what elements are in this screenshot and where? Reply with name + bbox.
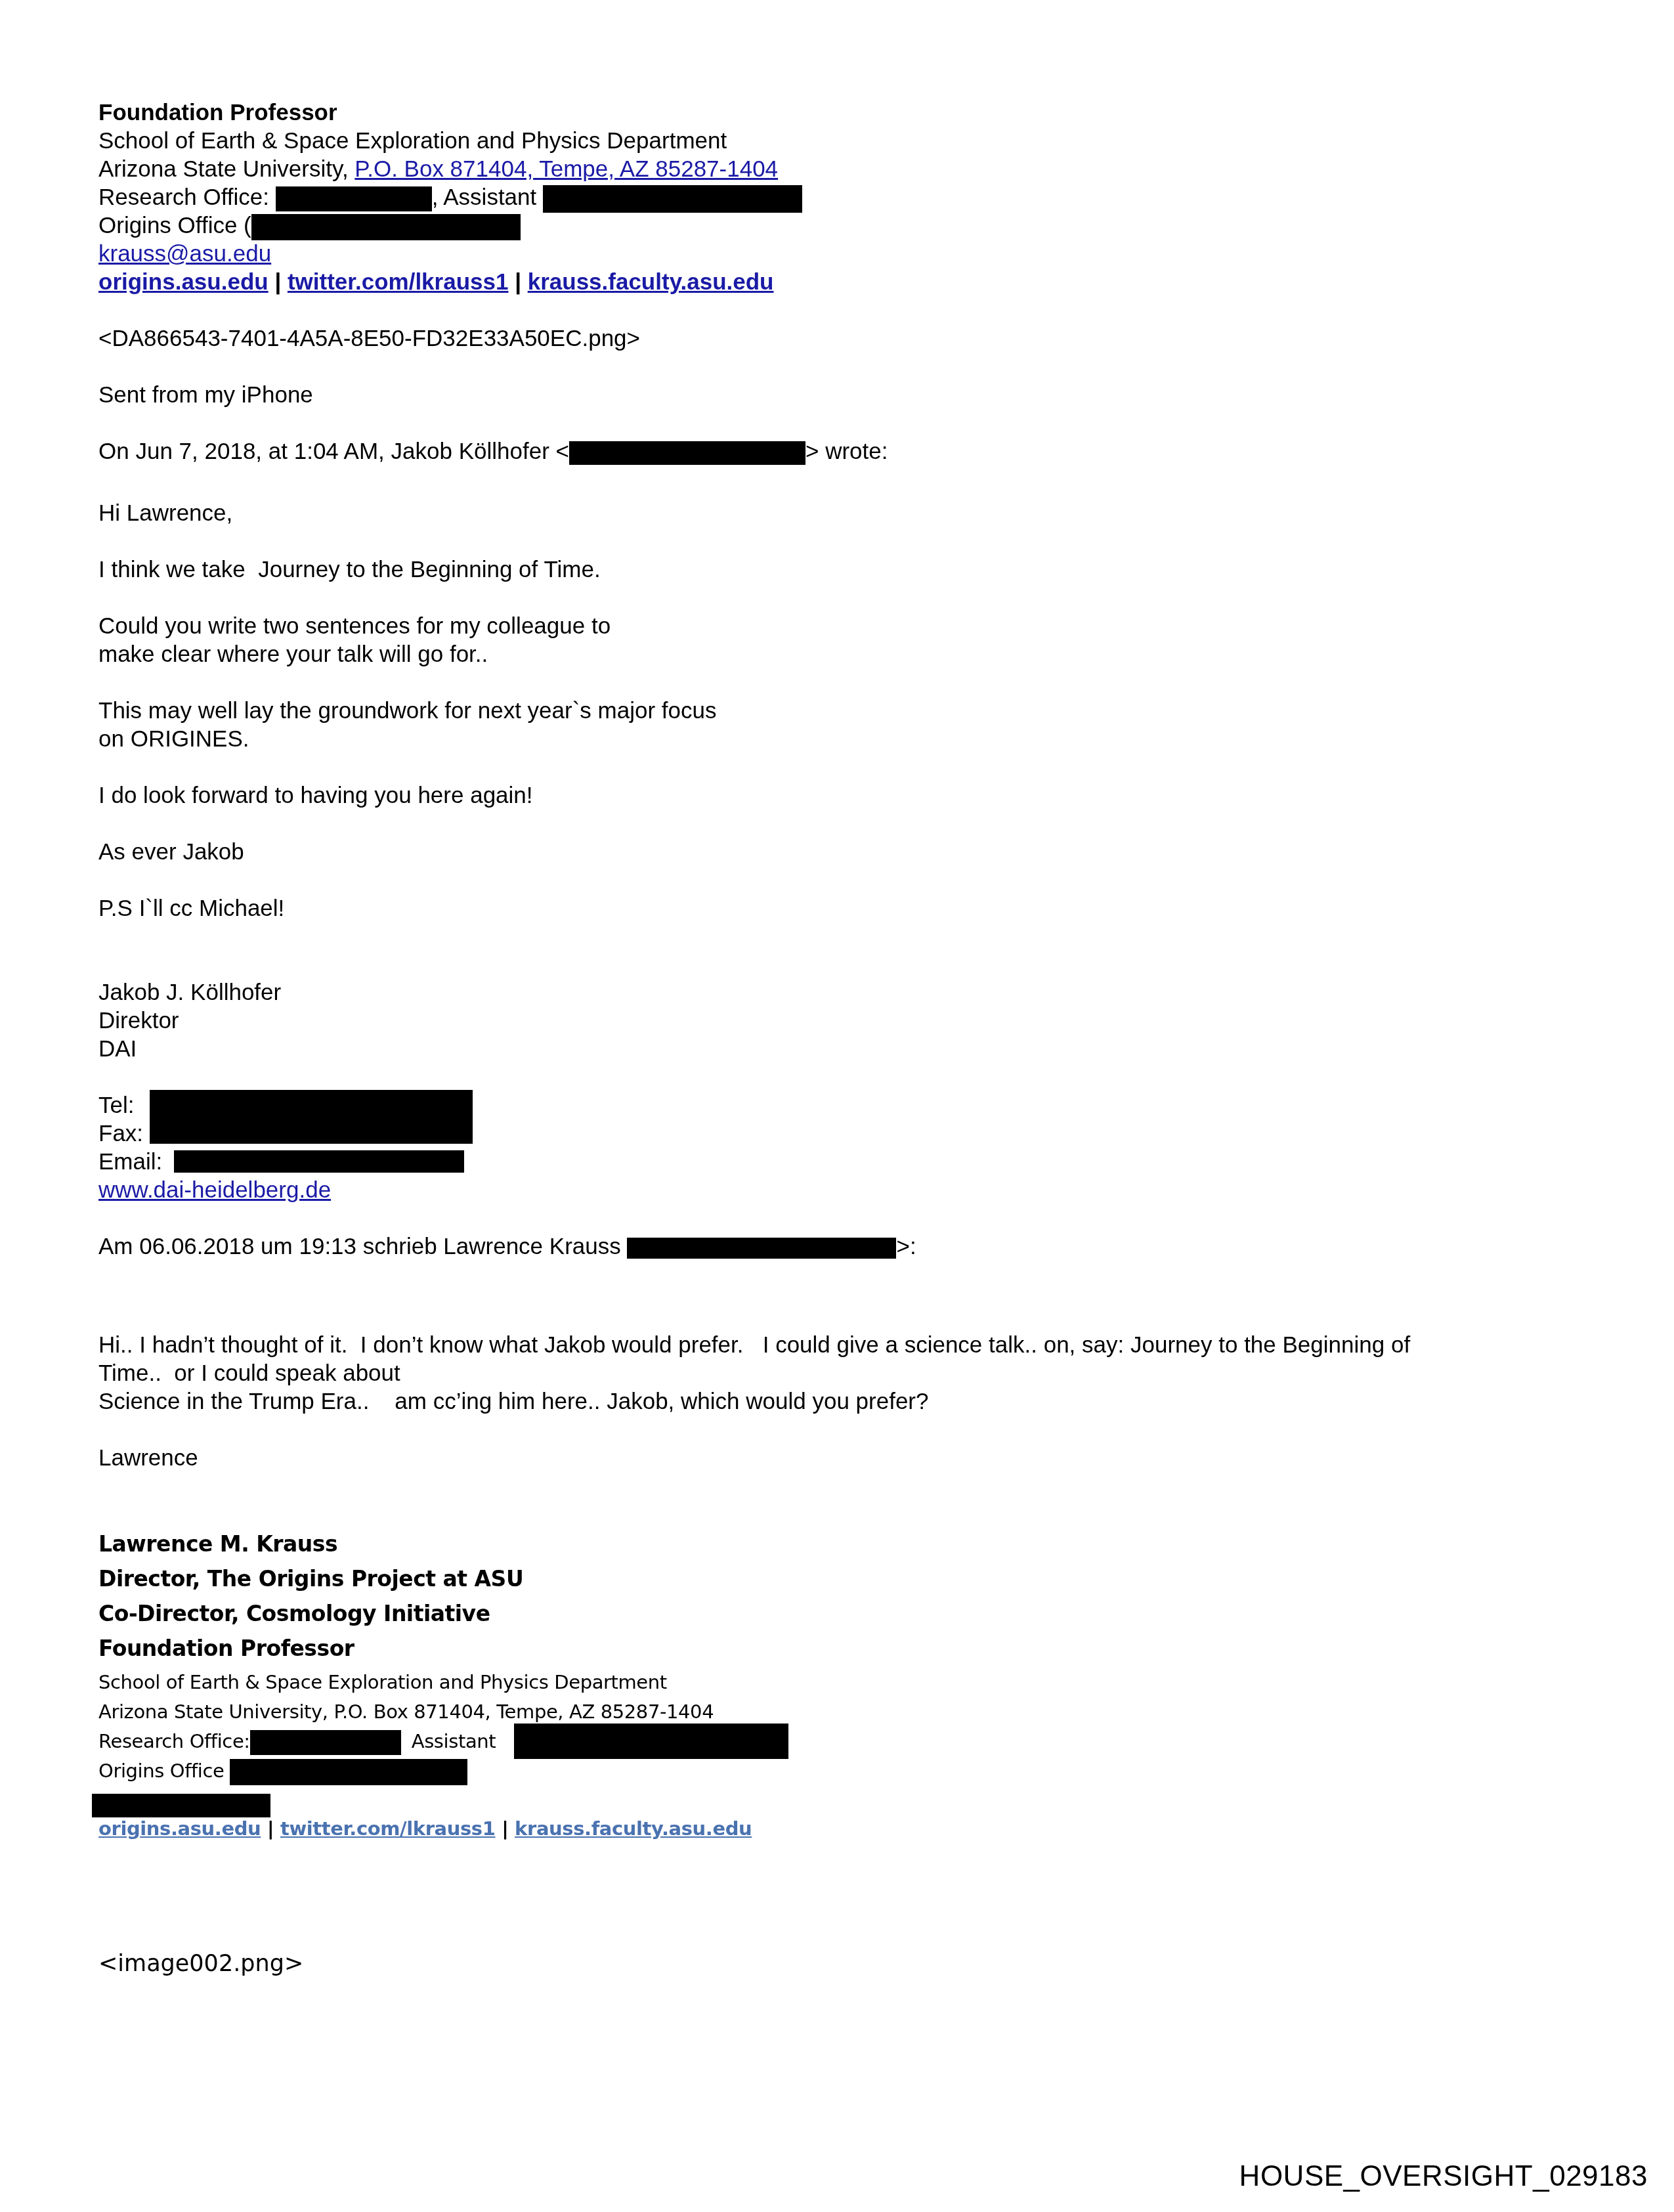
signature-phone-line: Research Office: , Assistant bbox=[98, 183, 802, 213]
website-link[interactable]: www.dai-heidelberg.de bbox=[98, 1177, 331, 1203]
redaction-box bbox=[569, 441, 805, 465]
redaction-box bbox=[514, 1724, 788, 1759]
lk-signature-origins-line: Origins Office bbox=[98, 1756, 467, 1786]
redaction-box bbox=[174, 1150, 464, 1173]
link-separator: | bbox=[508, 269, 527, 295]
redaction-box bbox=[251, 214, 521, 240]
attachment-placeholder: <image002.png> bbox=[98, 1950, 303, 1978]
jakob-signature-title: Direktor bbox=[98, 1007, 179, 1035]
faculty-link[interactable]: krauss.faculty.asu.edu bbox=[515, 1817, 752, 1840]
lk-signature-role: Co-Director, Cosmology Initiative bbox=[98, 1597, 490, 1631]
lk-signature-links: origins.asu.edu | twitter.com/lkrauss1 |… bbox=[98, 1814, 752, 1844]
message-closing: As ever Jakob bbox=[98, 838, 244, 866]
bates-number: HOUSE_OVERSIGHT_029183 bbox=[1239, 2160, 1648, 2193]
redaction-box bbox=[276, 186, 432, 211]
redaction-box bbox=[627, 1238, 896, 1259]
signature-title: Foundation Professor bbox=[98, 98, 337, 127]
jakob-fax-line: Fax: bbox=[98, 1119, 150, 1148]
jakob-email-line: Email: bbox=[98, 1148, 169, 1176]
message-paragraph: make clear where your talk will go for.. bbox=[98, 640, 488, 668]
redaction-box bbox=[543, 185, 802, 213]
quoted-header-prefix: Am 06.06.2018 um 19:13 schrieb Lawrence … bbox=[98, 1234, 627, 1259]
link-separator: | bbox=[268, 269, 288, 295]
origins-link[interactable]: origins.asu.edu bbox=[98, 269, 268, 295]
link-separator: | bbox=[261, 1817, 280, 1840]
document-page: Foundation Professor School of Earth & S… bbox=[0, 0, 1674, 2212]
message-paragraph: I do look forward to having you here aga… bbox=[98, 781, 533, 810]
twitter-link[interactable]: twitter.com/lkrauss1 bbox=[280, 1817, 496, 1840]
lk-signature-role: Foundation Professor bbox=[98, 1632, 354, 1666]
quoted-header-suffix: >: bbox=[896, 1234, 916, 1259]
message-paragraph: This may well lay the groundwork for nex… bbox=[98, 697, 716, 725]
lk-signature-department: School of Earth & Space Exploration and … bbox=[98, 1668, 667, 1697]
assistant-label: , Assistant bbox=[432, 184, 543, 210]
message-paragraph: Hi.. I hadn’t thought of it. I don’t kno… bbox=[98, 1331, 1410, 1359]
jakob-tel-line: Tel: bbox=[98, 1091, 140, 1119]
quoted-header: On Jun 7, 2018, at 1:04 AM, Jakob Köllho… bbox=[98, 437, 888, 466]
message-paragraph: on ORIGINES. bbox=[98, 725, 249, 753]
jakob-signature-name: Jakob J. Köllhofer bbox=[98, 978, 281, 1007]
assistant-label: Assistant bbox=[412, 1730, 496, 1752]
origins-link[interactable]: origins.asu.edu bbox=[98, 1817, 261, 1840]
twitter-link[interactable]: twitter.com/lkrauss1 bbox=[288, 269, 509, 295]
quoted-header-prefix: On Jun 7, 2018, at 1:04 AM, Jakob Köllho… bbox=[98, 439, 569, 464]
email-link[interactable]: krauss@asu.edu bbox=[98, 241, 271, 267]
research-office-label: Research Office: bbox=[98, 1730, 250, 1752]
signature-origins-office-line: Origins Office ( bbox=[98, 211, 521, 240]
lk-signature-role: Director, The Origins Project at ASU bbox=[98, 1562, 523, 1596]
message-paragraph: Time.. or I could speak about bbox=[98, 1359, 400, 1387]
address-link[interactable]: P.O. Box 871404, Tempe, AZ 85287-1404 bbox=[354, 156, 778, 182]
sent-from-line: Sent from my iPhone bbox=[98, 381, 313, 409]
link-separator: | bbox=[496, 1817, 515, 1840]
lk-signature-name: Lawrence M. Krauss bbox=[98, 1527, 337, 1561]
quoted-header: Am 06.06.2018 um 19:13 schrieb Lawrence … bbox=[98, 1232, 916, 1261]
attachment-placeholder: <DA866543-7401-4A5A-8E50-FD32E33A50EC.pn… bbox=[98, 324, 640, 353]
lk-signature-address: Arizona State University, P.O. Box 87140… bbox=[98, 1697, 714, 1727]
signature-address-line: Arizona State University, P.O. Box 87140… bbox=[98, 155, 778, 183]
message-paragraph: Science in the Trump Era.. am cc’ing him… bbox=[98, 1387, 928, 1416]
message-paragraph: I think we take Journey to the Beginning… bbox=[98, 555, 601, 584]
message-signoff: Lawrence bbox=[98, 1444, 198, 1472]
lk-signature-phone-line: Research Office:Assistant bbox=[98, 1727, 496, 1756]
redaction-box bbox=[250, 1730, 401, 1755]
redaction-box bbox=[150, 1090, 473, 1144]
jakob-website-line: www.dai-heidelberg.de bbox=[98, 1176, 331, 1204]
research-office-label: Research Office: bbox=[98, 184, 276, 210]
signature-email-line: krauss@asu.edu bbox=[98, 240, 271, 268]
redaction-box bbox=[230, 1759, 467, 1785]
quoted-header-suffix: > wrote: bbox=[805, 439, 888, 464]
university-name: Arizona State University, bbox=[98, 156, 354, 182]
signature-department: School of Earth & Space Exploration and … bbox=[98, 127, 727, 155]
origins-office-label: Origins Office ( bbox=[98, 213, 251, 238]
signature-links-line: origins.asu.edu | twitter.com/lkrauss1 |… bbox=[98, 268, 773, 296]
message-greeting: Hi Lawrence, bbox=[98, 499, 232, 527]
message-postscript: P.S I`ll cc Michael! bbox=[98, 894, 284, 922]
jakob-signature-org: DAI bbox=[98, 1035, 137, 1063]
message-paragraph: Could you write two sentences for my col… bbox=[98, 612, 611, 640]
origins-office-label: Origins Office bbox=[98, 1760, 230, 1782]
faculty-link[interactable]: krauss.faculty.asu.edu bbox=[528, 269, 774, 295]
